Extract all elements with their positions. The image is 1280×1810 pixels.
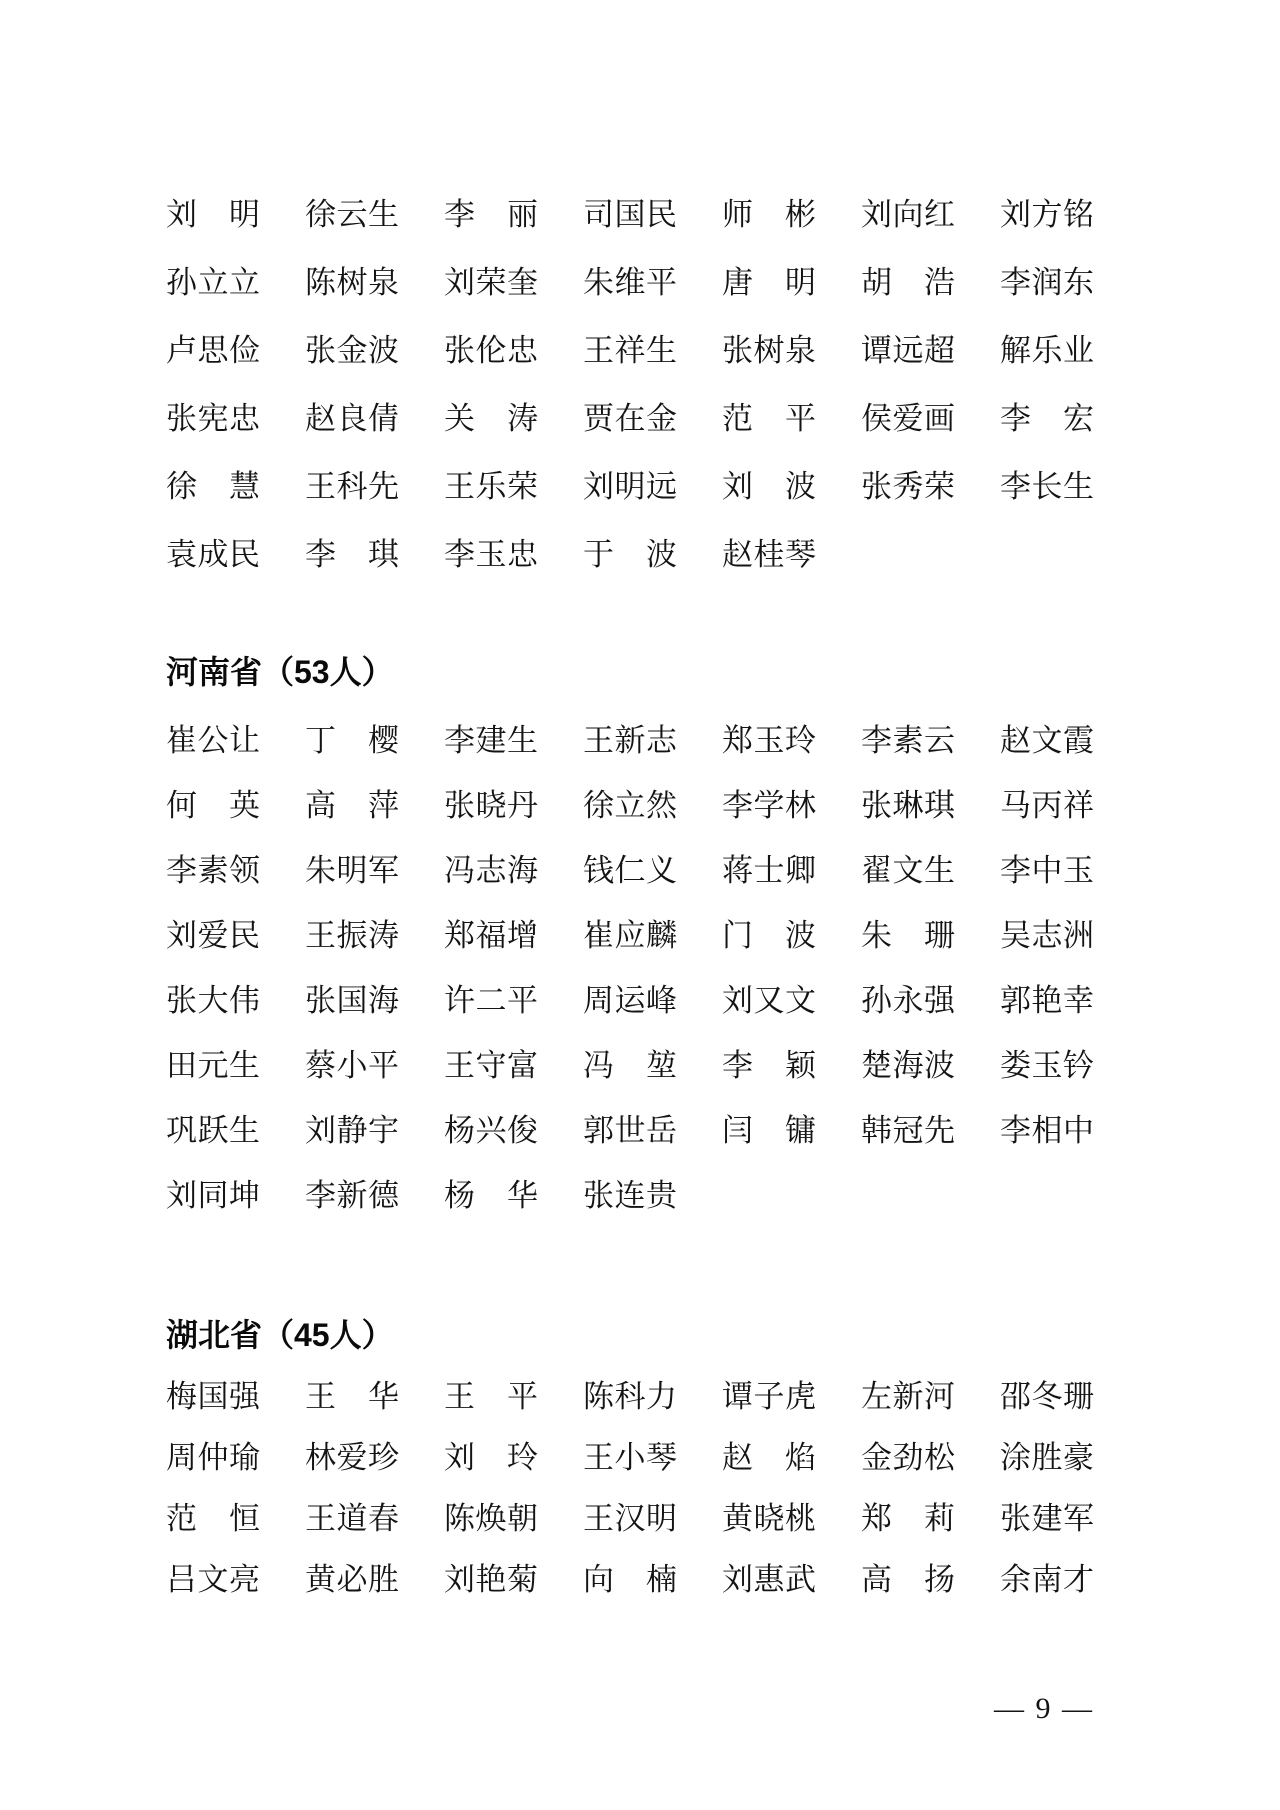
person-name: 周仲瑜 [166,1442,260,1473]
person-name: 李润东 [1000,267,1094,298]
person-name: 李学林 [722,790,816,821]
person-name: 李建生 [444,725,538,756]
person-name: 卢思俭 [166,335,260,366]
person-name: 黄必胜 [305,1564,399,1595]
person-name: 刘明 [166,199,260,230]
person-name: 刘明远 [583,471,677,502]
person-name: 刘荣奎 [444,267,538,298]
person-name: 高扬 [861,1564,955,1595]
section-header-hubei: 湖北省（45人） [166,1307,1280,1364]
person-name: 刘惠武 [722,1564,816,1595]
person-name: 赵良倩 [305,403,399,434]
person-name: 张大伟 [166,985,260,1016]
person-name: 李颖 [722,1050,816,1081]
person-name: 郭艳幸 [1000,985,1094,1016]
person-name: 赵文霞 [1000,725,1094,756]
person-name: 张连贵 [583,1180,677,1211]
person-name: 张金波 [305,335,399,366]
section-continued-name-rows: 刘明徐云生李丽司国民师彬刘向红刘方铭孙立立陈树泉刘荣奎朱维平唐明胡浩李润东卢思俭… [166,180,1094,588]
person-name: 朱维平 [583,267,677,298]
person-name: 刘玲 [444,1442,538,1473]
person-name: 王道春 [305,1503,399,1534]
person-name: 杨华 [444,1180,538,1211]
person-name: 范恒 [166,1503,260,1534]
person-name: 徐立然 [583,790,677,821]
person-name: 刘同坤 [166,1180,260,1211]
person-name: 王小琴 [583,1442,677,1473]
person-name: 余南才 [1000,1564,1094,1595]
person-name: 郑玉玲 [722,725,816,756]
document-page: 刘明徐云生李丽司国民师彬刘向红刘方铭孙立立陈树泉刘荣奎朱维平唐明胡浩李润东卢思俭… [0,0,1280,1810]
person-name: 吕文亮 [166,1564,260,1595]
person-name: 王乐荣 [444,471,538,502]
person-name: 张宪忠 [166,403,260,434]
person-name: 崔应麟 [583,920,677,951]
person-name: 闫镛 [722,1115,816,1146]
person-name: 王祥生 [583,335,677,366]
person-name: 黄晓桃 [722,1503,816,1534]
person-name: 范平 [722,403,816,434]
name-row: 吕文亮黄必胜刘艳菊向楠刘惠武高扬余南才 [166,1549,1094,1610]
person-name: 刘又文 [722,985,816,1016]
person-name: 刘爱民 [166,920,260,951]
person-name: 翟文生 [861,855,955,886]
person-name: 张伦忠 [444,335,538,366]
person-name: 谭远超 [861,335,955,366]
person-name: 梅国强 [166,1381,260,1412]
person-name: 刘静宇 [305,1115,399,1146]
name-row: 刘同坤李新德杨华张连贵 [166,1163,1094,1228]
name-row: 巩跃生刘静宇杨兴俊郭世岳闫镛韩冠先李相中 [166,1098,1094,1163]
person-name: 张琳琪 [861,790,955,821]
person-name: 蔡小平 [305,1050,399,1081]
person-name: 门波 [722,920,816,951]
person-name: 谭子虎 [722,1381,816,1412]
name-row: 周仲瑜林爱珍刘玲王小琴赵焰金劲松涂胜豪 [166,1427,1094,1488]
person-name: 解乐业 [1000,335,1094,366]
person-name: 侯爱画 [861,403,955,434]
person-name: 邵冬珊 [1000,1381,1094,1412]
person-name: 刘艳菊 [444,1564,538,1595]
person-name: 王汉明 [583,1503,677,1534]
person-name: 金劲松 [861,1442,955,1473]
person-name: 王新志 [583,725,677,756]
person-name: 李宏 [1000,403,1094,434]
person-name: 胡浩 [861,267,955,298]
person-name: 于波 [583,539,677,570]
person-name: 徐云生 [305,199,399,230]
person-name: 王平 [444,1381,538,1412]
name-row: 何英高萍张晓丹徐立然李学林张琳琪马丙祥 [166,773,1094,838]
person-name: 孙永强 [861,985,955,1016]
person-name: 许二平 [444,985,538,1016]
person-name: 王振涛 [305,920,399,951]
name-row: 刘爱民王振涛郑福增崔应麟门波朱珊吴志洲 [166,903,1094,968]
person-name: 李玉忠 [444,539,538,570]
person-name: 张建军 [1000,1503,1094,1534]
person-name: 李新德 [305,1180,399,1211]
person-name: 王华 [305,1381,399,1412]
name-row: 袁成民李琪李玉忠于波赵桂琴 [166,520,1094,588]
name-row: 卢思俭张金波张伦忠王祥生张树泉谭远超解乐业 [166,316,1094,384]
person-name: 李相中 [1000,1115,1094,1146]
person-name: 娄玉钤 [1000,1050,1094,1081]
person-name: 李丽 [444,199,538,230]
person-name: 吴志洲 [1000,920,1094,951]
person-name: 钱仁义 [583,855,677,886]
name-row: 孙立立陈树泉刘荣奎朱维平唐明胡浩李润东 [166,248,1094,316]
person-name: 李长生 [1000,471,1094,502]
person-name: 左新河 [861,1381,955,1412]
person-name: 冯志海 [444,855,538,886]
person-name: 向楠 [583,1564,677,1595]
name-row: 张宪忠赵良倩关涛贾在金范平侯爱画李宏 [166,384,1094,452]
person-name: 巩跃生 [166,1115,260,1146]
person-name: 李琪 [305,539,399,570]
name-row: 梅国强王华王平陈科力谭子虎左新河邵冬珊 [166,1366,1094,1427]
person-name: 刘波 [722,471,816,502]
person-name: 王科先 [305,471,399,502]
person-name: 司国民 [583,199,677,230]
person-name: 周运峰 [583,985,677,1016]
person-name: 赵桂琴 [722,539,816,570]
person-name: 朱珊 [861,920,955,951]
person-name: 张树泉 [722,335,816,366]
name-row: 李素领朱明军冯志海钱仁义蒋士卿翟文生李中玉 [166,838,1094,903]
person-name: 张秀荣 [861,471,955,502]
section-header-henan: 河南省（53人） [166,644,1280,701]
person-name: 张国海 [305,985,399,1016]
name-row: 刘明徐云生李丽司国民师彬刘向红刘方铭 [166,180,1094,248]
person-name: 楚海波 [861,1050,955,1081]
person-name: 何英 [166,790,260,821]
name-row: 范恒王道春陈焕朝王汉明黄晓桃郑莉张建军 [166,1488,1094,1549]
person-name: 郑莉 [861,1503,955,1534]
person-name: 孙立立 [166,267,260,298]
name-row: 崔公让丁樱李建生王新志郑玉玲李素云赵文霞 [166,708,1094,773]
person-name: 高萍 [305,790,399,821]
person-name: 袁成民 [166,539,260,570]
person-name: 刘向红 [861,199,955,230]
person-name: 徐慧 [166,471,260,502]
person-name: 王守富 [444,1050,538,1081]
name-row: 张大伟张国海许二平周运峰刘又文孙永强郭艳幸 [166,968,1094,1033]
section-henan-name-rows: 崔公让丁樱李建生王新志郑玉玲李素云赵文霞何英高萍张晓丹徐立然李学林张琳琪马丙祥李… [166,708,1094,1228]
person-name: 郭世岳 [583,1115,677,1146]
person-name: 李素领 [166,855,260,886]
person-name: 冯堃 [583,1050,677,1081]
person-name: 杨兴俊 [444,1115,538,1146]
person-name: 李中玉 [1000,855,1094,886]
person-name: 崔公让 [166,725,260,756]
person-name: 韩冠先 [861,1115,955,1146]
person-name: 蒋士卿 [722,855,816,886]
person-name: 林爱珍 [305,1442,399,1473]
person-name: 陈树泉 [305,267,399,298]
name-row: 田元生蔡小平王守富冯堃李颖楚海波娄玉钤 [166,1033,1094,1098]
person-name: 陈科力 [583,1381,677,1412]
person-name: 田元生 [166,1050,260,1081]
person-name: 郑福增 [444,920,538,951]
person-name: 刘方铭 [1000,199,1094,230]
page-number: — 9 — [166,1694,1094,1724]
person-name: 赵焰 [722,1442,816,1473]
person-name: 贾在金 [583,403,677,434]
person-name: 丁樱 [305,725,399,756]
person-name: 陈焕朝 [444,1503,538,1534]
person-name: 师彬 [722,199,816,230]
person-name: 唐明 [722,267,816,298]
person-name: 涂胜豪 [1000,1442,1094,1473]
person-name: 朱明军 [305,855,399,886]
section-hubei-name-rows: 梅国强王华王平陈科力谭子虎左新河邵冬珊周仲瑜林爱珍刘玲王小琴赵焰金劲松涂胜豪范恒… [166,1366,1094,1610]
person-name: 李素云 [861,725,955,756]
name-row: 徐慧王科先王乐荣刘明远刘波张秀荣李长生 [166,452,1094,520]
person-name: 张晓丹 [444,790,538,821]
person-name: 关涛 [444,403,538,434]
person-name: 马丙祥 [1000,790,1094,821]
